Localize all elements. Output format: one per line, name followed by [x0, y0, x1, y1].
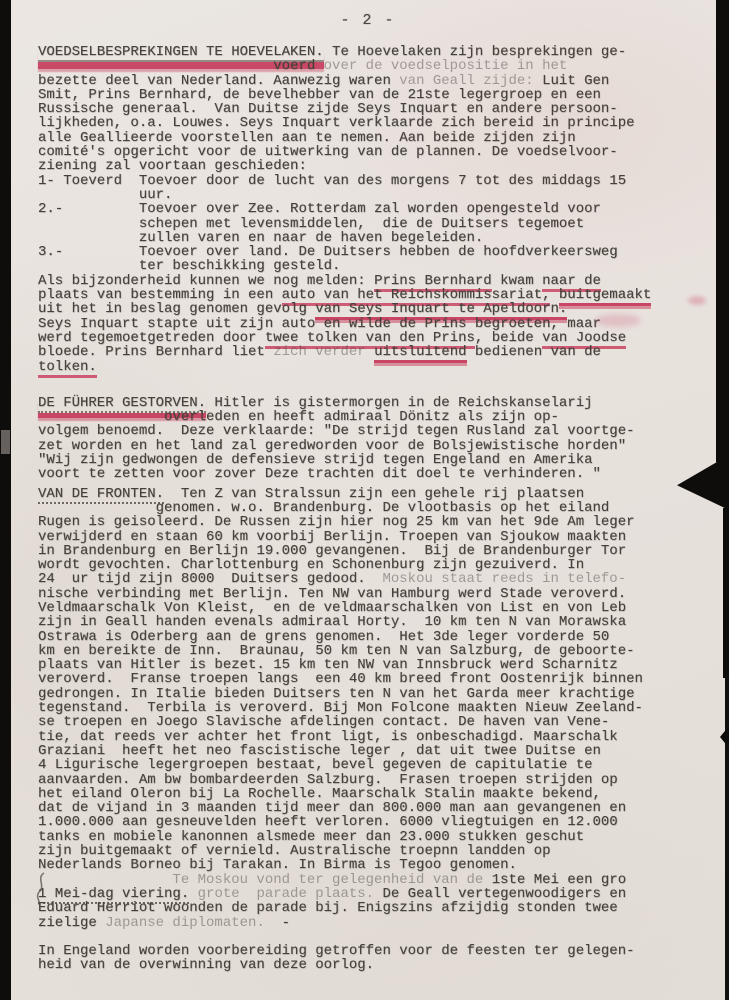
- text-line: 1.000.000 aan gesneuvelden heeft verlore…: [38, 815, 725, 829]
- underlined-text: tolken.: [38, 359, 97, 375]
- text-line: 24 ur tijd zijn 8000 Duitsers gedood. Mo…: [38, 572, 725, 586]
- text-segment: zielige: [38, 915, 105, 931]
- red-pencil-smudge: [688, 296, 706, 305]
- document-body: VOEDSELBESPREKINGEN TE HOEVELAKEN. Te Ho…: [38, 45, 725, 972]
- text-line: DE FÜHRER GESTORVEN. Hitler is gistermor…: [38, 396, 725, 410]
- text-segment: zich verder: [273, 344, 374, 360]
- text-line: Rugen is geisoleerd. De Russen zijn hier…: [38, 515, 725, 529]
- text-segment: voort te zetten voor zover Deze trachten…: [38, 466, 601, 482]
- text-line: bloede. Prins Bernhard liet zich verder …: [38, 345, 725, 359]
- text-line: heid van de overwinning van deze oorlog.: [38, 958, 725, 972]
- text-line: tanks en mobiele kanonnen alsmede meer d…: [38, 830, 725, 844]
- red-pencil-smudge: [595, 314, 641, 327]
- text-segment: bloede. Prins Bernhard liet: [38, 344, 273, 360]
- text-line: VAN DE FRONTEN. Ten Z van Stralssun zijn…: [38, 487, 725, 501]
- text-line: Eduard Herriot woonden de parade bij. En…: [38, 901, 725, 915]
- text-line: In Engeland worden voorbereiding getroff…: [38, 944, 725, 958]
- text-line: ziening zal voortaan geschieden:: [38, 159, 725, 173]
- scan-edge-right: [716, 0, 729, 462]
- text-line: ter beschikking gesteld.: [38, 259, 725, 273]
- text-line: gedrongen. In Italie bieden Duitsers ten…: [38, 687, 725, 701]
- text-line: tie, dat reeds ver achter het front ligt…: [38, 730, 725, 744]
- text-line: veroverd. Franse troepen langs een 40 km…: [38, 672, 725, 686]
- underlined-text: buitgemaakt: [559, 287, 651, 303]
- text-segment: heid van de overwinning van deze oorlog.: [38, 957, 374, 973]
- text-line: zet worden en het land zal geredworden v…: [38, 439, 725, 453]
- text-segment: bedienen van de: [467, 344, 601, 360]
- text-line: verwijderd en staan 60 km voorbij Berlij…: [38, 530, 725, 544]
- text-line: Nederlands Borneo bij Tarakan. In Birma …: [38, 858, 725, 872]
- underlined-text: uitsluitend: [374, 344, 466, 360]
- text-line: 1- Toeverd Toevoer door de lucht van des…: [38, 174, 725, 188]
- text-line: se troepen en Joego Slavische afdelingen…: [38, 715, 725, 729]
- text-line: volgem benoemd. Deze verklaarde: "De str…: [38, 424, 725, 438]
- text-line: zullen varen en naar de haven begeleiden…: [38, 231, 725, 245]
- text-line: alle Geallieerde voorstellen aan te neme…: [38, 131, 725, 145]
- scan-edge-right: [723, 508, 729, 678]
- page-number: - 2 -: [11, 0, 725, 29]
- text-segment: Japanse diplomaten.: [105, 915, 265, 931]
- text-line: in Brandenburg en Berlijn 19.000 gevange…: [38, 544, 725, 558]
- text-line: lijkheden, o.a. Louwes. Seys Inquart ver…: [38, 116, 725, 130]
- paper-sheet: - 2 - VOEDSELBESPREKINGEN TE HOEVELAKEN.…: [11, 0, 725, 1000]
- text-line: Te Moskou vond ter gelegenheid van de 1s…: [38, 873, 725, 887]
- paragraph: DE FÜHRER GESTORVEN. Hitler is gistermor…: [38, 396, 725, 482]
- scan-edge-left: [0, 0, 11, 1000]
- text-line: 4 Ligurische legergroepen bestaat, bevel…: [38, 758, 725, 772]
- text-line: Als bijzonderheid kunnen we nog melden: …: [38, 274, 725, 288]
- text-line: bezette deel van Nederland. Aanwezig war…: [38, 74, 725, 88]
- text-line: voort te zetten voor zover Deze trachten…: [38, 467, 725, 481]
- text-line: tolken.: [38, 360, 725, 374]
- text-line: voerd over de voedselpositie in het: [38, 59, 725, 73]
- margin-pencil-mark: [34, 872, 48, 906]
- scanned-document: - 2 - VOEDSELBESPREKINGEN TE HOEVELAKEN.…: [0, 0, 729, 1000]
- text-line: het eiland Oleron bij La Rochelle. Maars…: [38, 787, 725, 801]
- text-line: zijn in Geall handen evenals admiraal Ho…: [38, 615, 725, 629]
- text-segment: -: [265, 915, 290, 931]
- text-line: 2.- Toevoer over Zee. Rotterdam zal word…: [38, 202, 725, 216]
- paragraph: VAN DE FRONTEN. Ten Z van Stralssun zijn…: [38, 487, 725, 930]
- text-line: Ostrawa is Oderberg aan de grens genomen…: [38, 630, 725, 644]
- text-line: zielige Japanse diplomaten. -: [38, 916, 725, 930]
- text-line: schepen met levensmiddelen, die de Duits…: [38, 217, 725, 231]
- text-line: aanvaarden. Am bw bombardeerden Salzburg…: [38, 773, 725, 787]
- text-line: nische verbinding met Berlijn. Ten NW va…: [38, 587, 725, 601]
- paragraph: In Engeland worden voorbereiding getroff…: [38, 944, 725, 973]
- scan-edge-notch: [1, 430, 10, 454]
